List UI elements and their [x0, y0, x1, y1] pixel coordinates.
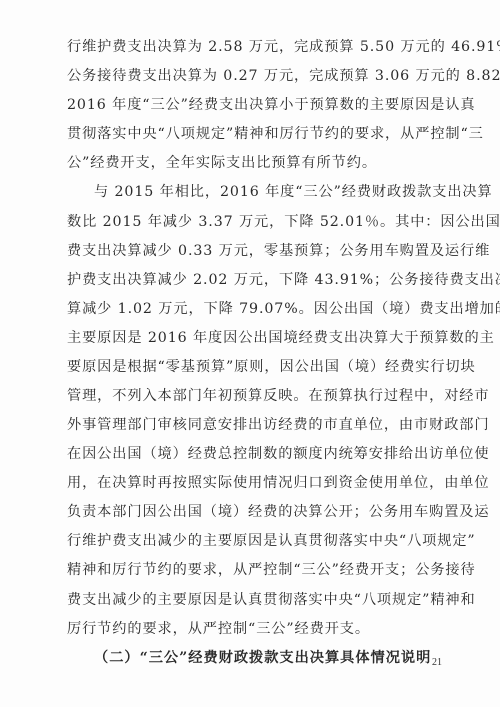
paragraph-line: 公务接待费支出决算为 0.27 万元，完成预算 3.06 万元的 8.82%。	[67, 67, 441, 85]
paragraph-line: 精神和厉行节约的要求，从严控制“三公”经费开支；公务接待	[67, 561, 441, 579]
document-page: 行维护费支出决算为 2.58 万元，完成预算 5.50 万元的 46.91%; …	[0, 0, 500, 707]
paragraph-line: 算减少 1.02 万元，下降 79.07%。因公出国（境）费支出增加的	[67, 300, 441, 318]
paragraph-line: 负责本部门因公出国（境）经费的决算公开；公务用车购置及运	[67, 503, 441, 521]
paragraph-line: 行维护费支出决算为 2.58 万元，完成预算 5.50 万元的 46.91%;	[67, 38, 441, 56]
paragraph-line: 2016 年度“三公”经费支出决算小于预算数的主要原因是认真	[67, 96, 441, 114]
paragraph-line: 厉行节约的要求，从严控制“三公”经费开支。	[67, 620, 441, 638]
paragraph-line: 外事管理部门审核同意安排出访经费的市直单位，由市财政部门	[67, 416, 441, 434]
paragraph-line: 要原因是根据“零基预算”原则，因公出国（境）经费实行切块	[67, 358, 441, 376]
paragraph-line: 公”经费开支，全年实际支出比预算有所节约。	[67, 154, 441, 172]
paragraph-line: 费支出决算减少 0.33 万元，零基预算；公务用车购置及运行维	[67, 242, 441, 260]
paragraph-line: 与 2015 年相比，2016 年度“三公”经费财政拨款支出决算	[94, 183, 441, 201]
paragraph-line: 费支出减少的主要原因是认真贯彻落实中央“八项规定”精神和	[67, 591, 441, 609]
paragraph-line: 数比 2015 年减少 3.37 万元，下降 52.01％。其中：因公出国（境）	[67, 213, 441, 231]
page-number: 21	[432, 657, 442, 668]
paragraph-line: 护费支出决算减少 2.02 万元，下降 43.91%；公务接待费支出决	[67, 271, 441, 289]
paragraph-line: 管理，不列入本部门年初预算反映。在预算执行过程中，对经市	[67, 387, 441, 405]
paragraph-line: 在因公出国（境）经费总控制数的额度内统筹安排给出访单位使	[67, 445, 441, 463]
paragraph-line: 贯彻落实中央“八项规定”精神和厉行节约的要求，从严控制“三	[67, 125, 441, 143]
paragraph-line: 行维护费支出减少的主要原因是认真贯彻落实中央“八项规定”	[67, 532, 441, 550]
paragraph-line: 用，在决算时再按照实际使用情况归口到资金使用单位，由单位	[67, 474, 441, 492]
section-heading: （二）“三公”经费财政拨款支出决算具体情况说明	[94, 649, 431, 667]
paragraph-line: 主要原因是 2016 年度因公出国境经费支出决算大于预算数的主	[67, 329, 441, 347]
